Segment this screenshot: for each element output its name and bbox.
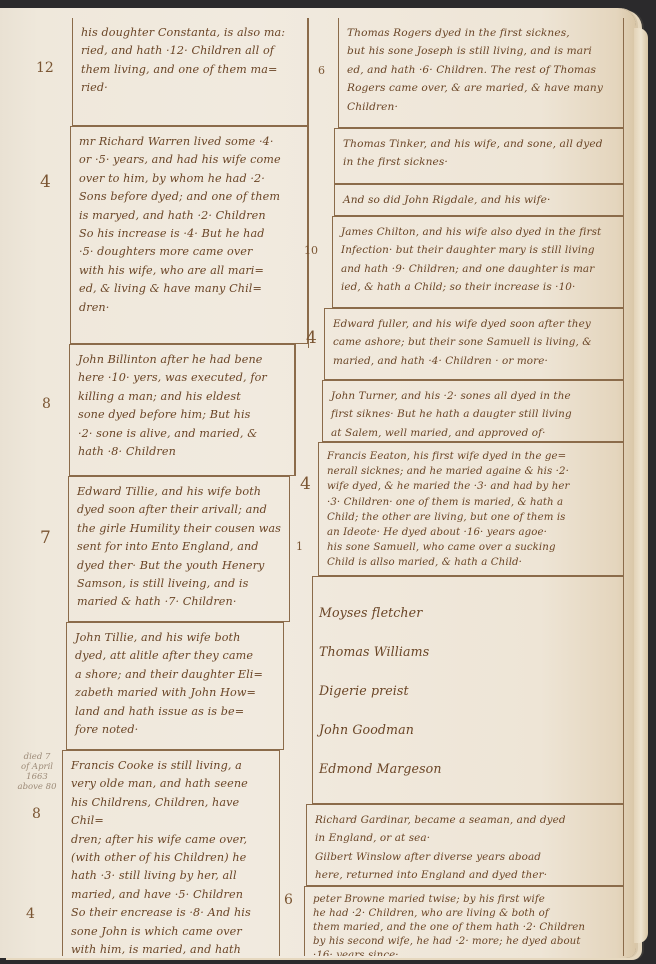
name-item: Edmond Margeson [319, 759, 619, 779]
margin-number: 12 [36, 60, 54, 76]
margin-number: 4 [40, 172, 51, 192]
entry-thomas-rogers: Thomas Rogers dyed in the first sicknes,… [338, 18, 624, 128]
margin-number: 8 [42, 396, 51, 412]
entry-died-first-sickness: Moyses fletcher Thomas Williams Digerie … [312, 576, 624, 804]
name-item: Thomas Williams [319, 642, 619, 662]
name-item: John Goodman [319, 720, 619, 740]
entry-francis-cooke: Francis Cooke is still living, a very ol… [62, 750, 280, 956]
entry-constanta: his doughter Constanta, is also ma: ried… [72, 18, 308, 126]
manuscript-page: his doughter Constanta, is also ma: ried… [0, 8, 636, 958]
column-rule [295, 344, 296, 476]
name-item: Digerie preist [319, 681, 619, 701]
entry-john-tillie: John Tillie, and his wife both dyed, att… [66, 622, 284, 750]
entry-john-turner: John Turner, and his ·2· sones all dyed … [322, 380, 624, 442]
margin-number: 7 [40, 528, 51, 548]
entry-richard-warren: mr Richard Warren lived some ·4· or ·5· … [70, 126, 308, 344]
entry-edward-fuller: Edward fuller, and his wife dyed soon af… [324, 308, 624, 380]
margin-note-death-date: died 7 of April 1663 above 80 [14, 752, 60, 792]
names-list: Moyses fletcher Thomas Williams Digerie … [319, 583, 619, 804]
margin-number: 6 [318, 64, 325, 77]
margin-number: 10 [304, 244, 318, 257]
margin-number: 4 [300, 474, 311, 494]
entry-francis-eaton: Francis Eeaton, his first wife dyed in t… [318, 442, 624, 576]
entry-james-chilton: James Chilton, and his wife also dyed in… [332, 216, 624, 308]
margin-number: 8 [32, 806, 41, 822]
entry-peter-browne: peter Browne maried twise; by his first … [304, 886, 624, 956]
entry-john-billinton: John Billinton after he had bene here ·1… [69, 344, 295, 476]
entry-john-rigdale: And so did John Rigdale, and his wife· [334, 184, 624, 216]
column-rule [308, 18, 309, 348]
page-edge [634, 28, 648, 943]
entry-edward-tillie: Edward Tillie, and his wife both dyed so… [68, 476, 290, 622]
margin-number: 4 [306, 328, 317, 348]
margin-number: 6 [284, 892, 293, 908]
margin-number: 4 [26, 906, 35, 922]
entry-gardinar-winslow: Richard Gardinar, became a seaman, and d… [306, 804, 624, 886]
entry-thomas-tinker: Thomas Tinker, and his wife, and sone, a… [334, 128, 624, 184]
name-item: Moyses fletcher [319, 603, 619, 623]
margin-number: 1 [296, 540, 303, 553]
